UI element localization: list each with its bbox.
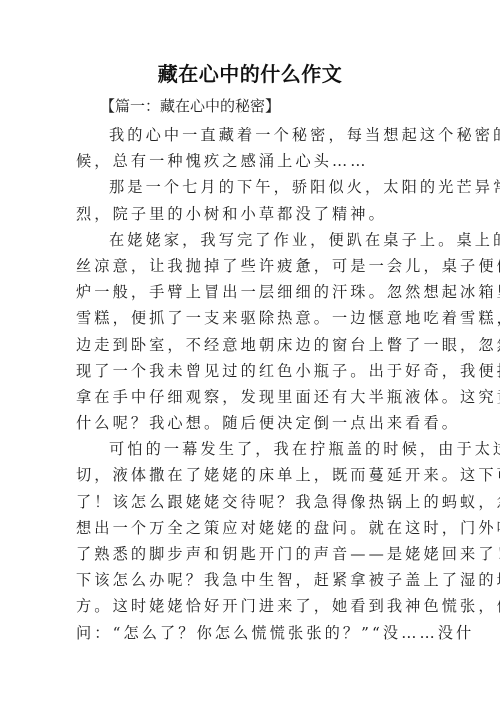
text-line: 炉一般，手臂上冒出一层细细的汗珠。忽然想起冰箱里有 bbox=[76, 279, 428, 305]
text-line: 我的心中一直藏着一个秘密，每当想起这个秘密的时 bbox=[76, 122, 428, 148]
text-line: 在姥姥家，我写完了作业，便趴在桌子上。桌上的一 bbox=[76, 227, 428, 253]
text-line: 那是一个七月的下午，骄阳似火，太阳的光芒异常强 bbox=[76, 174, 428, 200]
text-line: 拿在手中仔细观察，发现里面还有大半瓶液体。这究竟是 bbox=[76, 384, 428, 410]
text-line: 边走到卧室，不经意地朝床边的窗台上瞥了一眼，忽然发 bbox=[76, 332, 428, 358]
text-line: 想出一个万全之策应对姥姥的盘问。就在这时，门外响起 bbox=[76, 515, 428, 541]
text-line: 问：“怎么了？你怎么慌慌张张的？”“没……没什 bbox=[76, 620, 428, 646]
text-line: 下该怎么办呢？我急中生智，赶紧拿被子盖上了湿的地 bbox=[76, 567, 428, 593]
page-title: 藏在心中的什么作文 bbox=[0, 60, 500, 88]
text-line: 丝凉意，让我抛掉了些许疲惫，可是一会儿，桌子便像火 bbox=[76, 253, 428, 279]
text-line: 现了一个我未曾见过的红色小瓶子。出于好奇，我便把它 bbox=[76, 358, 428, 384]
document-page: 藏在心中的什么作文 【篇一：藏在心中的秘密】 我的心中一直藏着一个秘密，每当想起… bbox=[0, 0, 500, 707]
text-line: 烈，院子里的小树和小草都没了精神。 bbox=[76, 201, 428, 227]
text-line: 切，液体撒在了姥姥的床单上，既而蔓延开来。这下可糟 bbox=[76, 462, 428, 488]
text-line: 候，总有一种愧疚之感涌上心头…… bbox=[76, 148, 428, 174]
text-line: 可怕的一幕发生了，我在拧瓶盖的时候，由于太过急 bbox=[76, 436, 428, 462]
text-line: 方。这时姥姥恰好开门进来了，她看到我神色慌张，便 bbox=[76, 593, 428, 619]
text-line: 了！该怎么跟姥姥交待呢？我急得像热锅上的蚂蚁，急于 bbox=[76, 489, 428, 515]
text-line: 了熟悉的脚步声和钥匙开门的声音——是姥姥回来了！这 bbox=[76, 541, 428, 567]
text-line: 雪糕，便抓了一支来驱除热意。一边惬意地吃着雪糕，一 bbox=[76, 305, 428, 331]
text-line: 什么呢？我心想。随后便决定倒一点出来看看。 bbox=[76, 410, 428, 436]
essay-body: 我的心中一直藏着一个秘密，每当想起这个秘密的时 候，总有一种愧疚之感涌上心头……… bbox=[76, 122, 428, 646]
section-heading: 【篇一：藏在心中的秘密】 bbox=[100, 95, 280, 117]
